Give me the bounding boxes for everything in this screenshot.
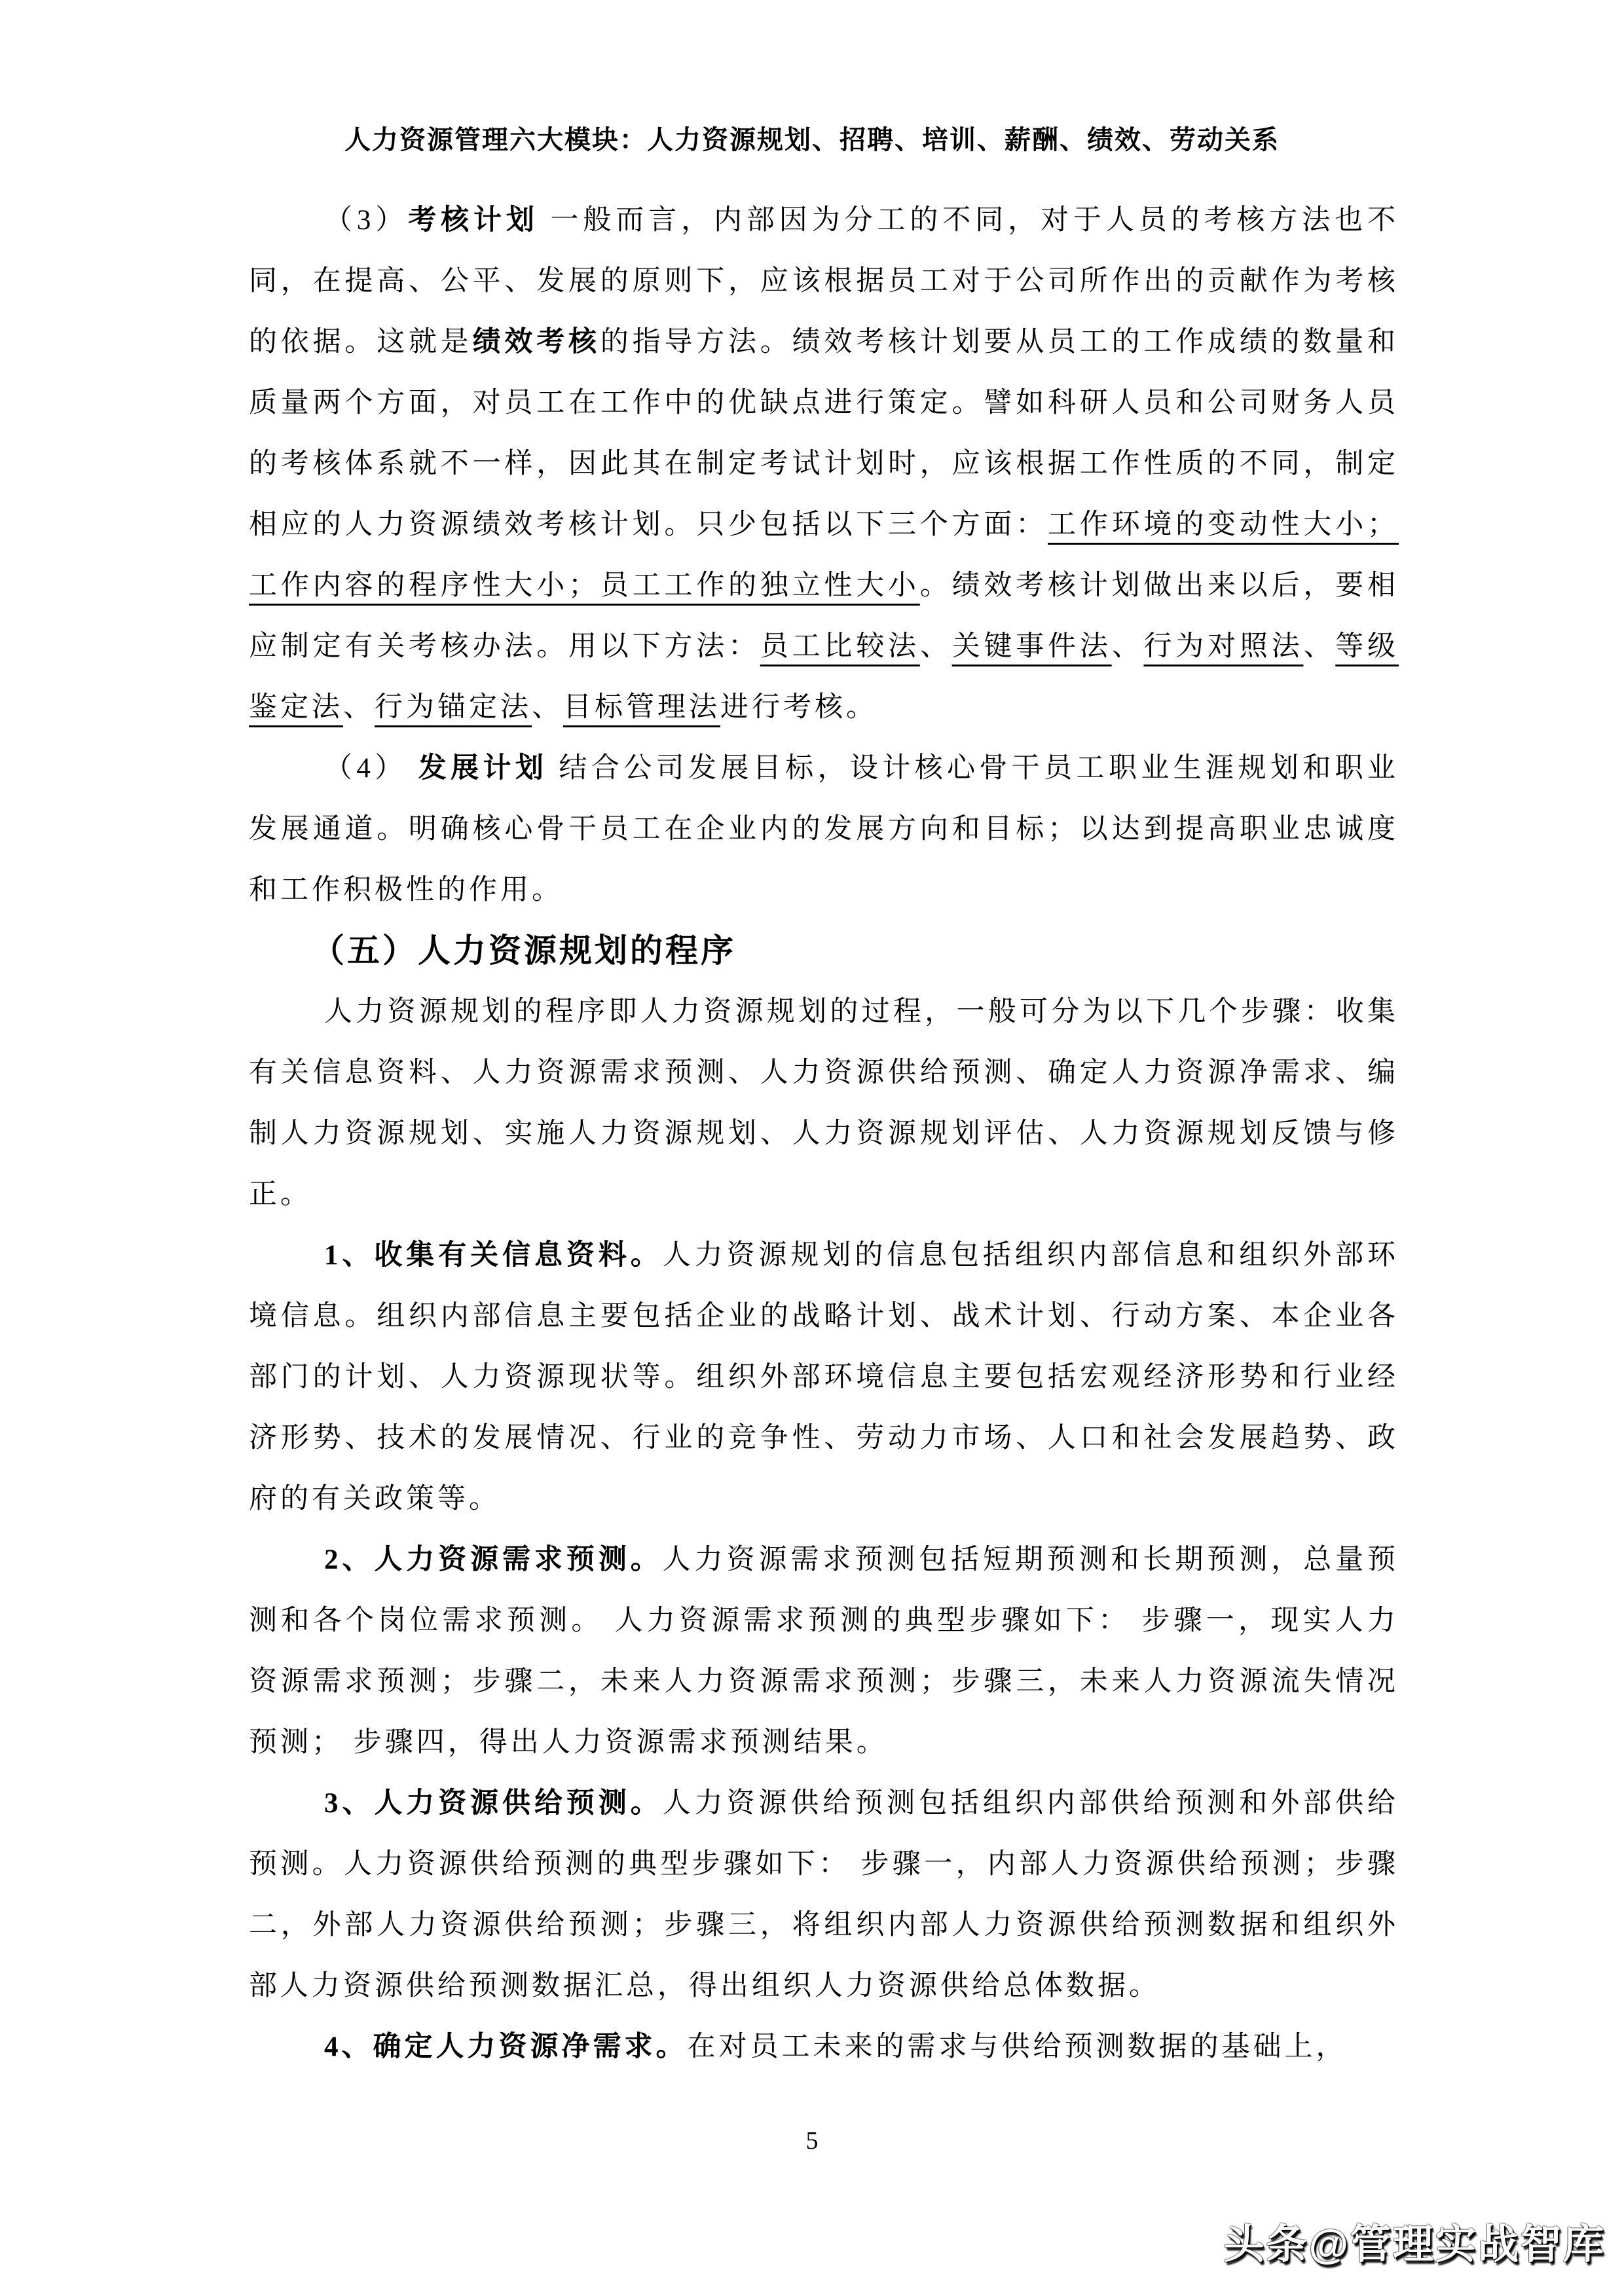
- text-run: 的指导方法。绩效考核计划要从员工的工作成绩的数量和质量两个方面，对员工在工作中的…: [249, 327, 1399, 540]
- para-assessment-plan: （3）考核计划 一般而言，内部因为分工的不同，对于人员的考核方法也不同，在提高、…: [249, 190, 1399, 738]
- section-heading-hr-planning-procedure: （五）人力资源规划的程序: [249, 920, 1399, 981]
- para-step-3: 3、人力资源供给预测。人力资源供给预测包括组织内部供给预测和外部供给预测。人力资…: [249, 1773, 1399, 2016]
- text-run: （五）人力资源规划的程序: [312, 932, 736, 969]
- bold-run: 3、人力资源供给预测。: [324, 1788, 663, 1819]
- underlined-run: 目标管理法: [563, 692, 720, 723]
- text-run: 、: [920, 631, 952, 662]
- text-run: （4）: [324, 753, 418, 784]
- para-procedure-overview: 人力资源规划的程序即人力资源规划的过程，一般可分为以下几个步骤：收集有关信息资料…: [249, 981, 1399, 1225]
- bold-run: 1、收集有关信息资料。: [324, 1240, 663, 1271]
- text-run: 、: [343, 692, 375, 723]
- text-run: 、: [1112, 631, 1144, 662]
- para-step-2: 2、人力资源需求预测。人力资源需求预测包括短期预测和长期预测，总量预测和各个岗位…: [249, 1529, 1399, 1773]
- text-run: 在对员工未来的需求与供给预测数据的基础上，: [688, 2032, 1348, 2062]
- bold-run: 2、人力资源需求预测。: [324, 1544, 663, 1575]
- underlined-run: 关键事件法: [952, 631, 1112, 662]
- document-header-title: 人力资源管理六大模块：人力资源规划、招聘、培训、薪酬、绩效、劳动关系: [0, 119, 1624, 156]
- underlined-run: 行为对照法: [1143, 631, 1303, 662]
- text-run: 、: [532, 692, 563, 723]
- bold-run: 发展计划: [418, 753, 548, 784]
- para-step-1: 1、收集有关信息资料。人力资源规划的信息包括组织内部信息和组织外部环境信息。组织…: [249, 1225, 1399, 1529]
- text-run: 人力资源规划的信息包括组织内部信息和组织外部环境信息。组织内部信息主要包括企业的…: [249, 1240, 1399, 1514]
- text-run: （3）: [324, 205, 408, 236]
- document-body: （3）考核计划 一般而言，内部因为分工的不同，对于人员的考核方法也不同，在提高、…: [249, 190, 1399, 2077]
- bold-run: 考核计划: [408, 205, 539, 236]
- underlined-run: 行为锚定法: [375, 692, 532, 723]
- text-run: 人力资源规划的程序即人力资源规划的过程，一般可分为以下几个步骤：收集有关信息资料…: [249, 996, 1399, 1210]
- watermark-toutiao: 头条@管理实战智库: [1224, 2212, 1606, 2270]
- text-run: 人力资源需求预测包括短期预测和长期预测，总量预测和各个岗位需求预测。 人力资源需…: [249, 1544, 1399, 1758]
- para-step-4: 4、确定人力资源净需求。在对员工未来的需求与供给预测数据的基础上，: [249, 2016, 1399, 2077]
- page-number: 5: [0, 2126, 1624, 2155]
- text-run: 进行考核。: [720, 692, 877, 723]
- document-page: 人力资源管理六大模块：人力资源规划、招聘、培训、薪酬、绩效、劳动关系 （3）考核…: [0, 0, 1624, 2296]
- para-development-plan: （4） 发展计划 结合公司发展目标，设计核心骨干员工职业生涯规划和职业发展通道。…: [249, 738, 1399, 920]
- text-run: 、: [1303, 631, 1335, 662]
- text-run: 人力资源供给预测包括组织内部供给预测和外部供给预测。人力资源供给预测的典型步骤如…: [249, 1788, 1399, 2001]
- bold-run: 绩效考核: [473, 327, 600, 357]
- bold-run: 4、确定人力资源净需求。: [324, 2032, 688, 2062]
- underlined-run: 员工比较法: [760, 631, 920, 662]
